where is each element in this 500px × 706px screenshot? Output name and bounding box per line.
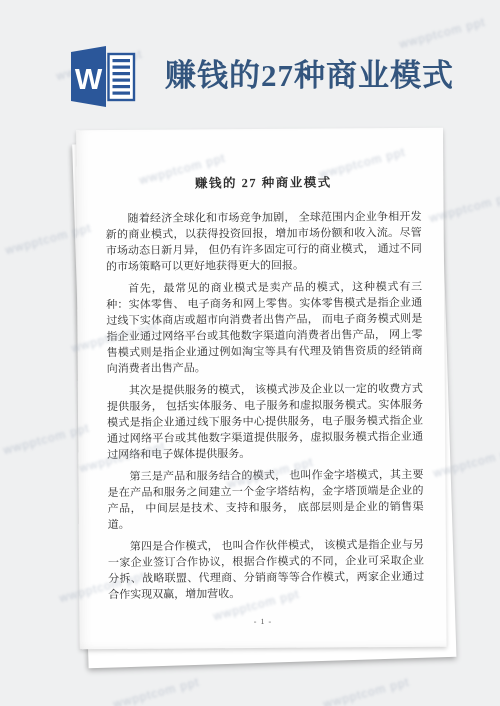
page-number: - 1 -	[79, 616, 446, 628]
word-logo-icon: W	[70, 45, 138, 108]
document-page: 赚钱的 27 种商业模式 随着经济全球化和市场竞争加剧， 全球范围内企业争相开发…	[76, 128, 447, 650]
page-background: wwpptcom ppt wwpptcom ppt wwpptcom ppt w…	[0, 0, 500, 706]
page-title[interactable]: 赚钱的27种商业模式	[165, 59, 454, 93]
watermark-text: wwpptcom ppt	[322, 675, 411, 706]
doc-paragraph: 第三是产品和服务结合的模式， 也叫作金字塔模式，其主要是在产品和服务之间建立一个…	[107, 467, 423, 533]
doc-paragraph: 随着经济全球化和市场竞争加剧， 全球范围内企业争相开发新的商业模式，以获得投资回…	[106, 209, 422, 275]
doc-title: 赚钱的 27 种商业模式	[105, 172, 421, 192]
doc-paragraph: 其次是提供服务的模式， 该模式涉及企业以一定的收费方式提供服务， 包括实体服务、…	[107, 381, 424, 463]
doc-paragraph: 第四是合作模式， 也叫合作伙伴模式， 该模式是指企业与另一家企业签订合作协议，根…	[108, 537, 424, 603]
word-icon: W	[70, 45, 138, 108]
word-letter: W	[75, 64, 103, 96]
watermark-text: wwpptcom ppt	[112, 675, 201, 706]
doc-paragraph: 首先，最常见的商业模式是卖产品的模式，这种模式有三种：实体零售、 电子商务和网上…	[106, 279, 423, 377]
document-header: W 赚钱的27种商业模式	[70, 44, 454, 108]
